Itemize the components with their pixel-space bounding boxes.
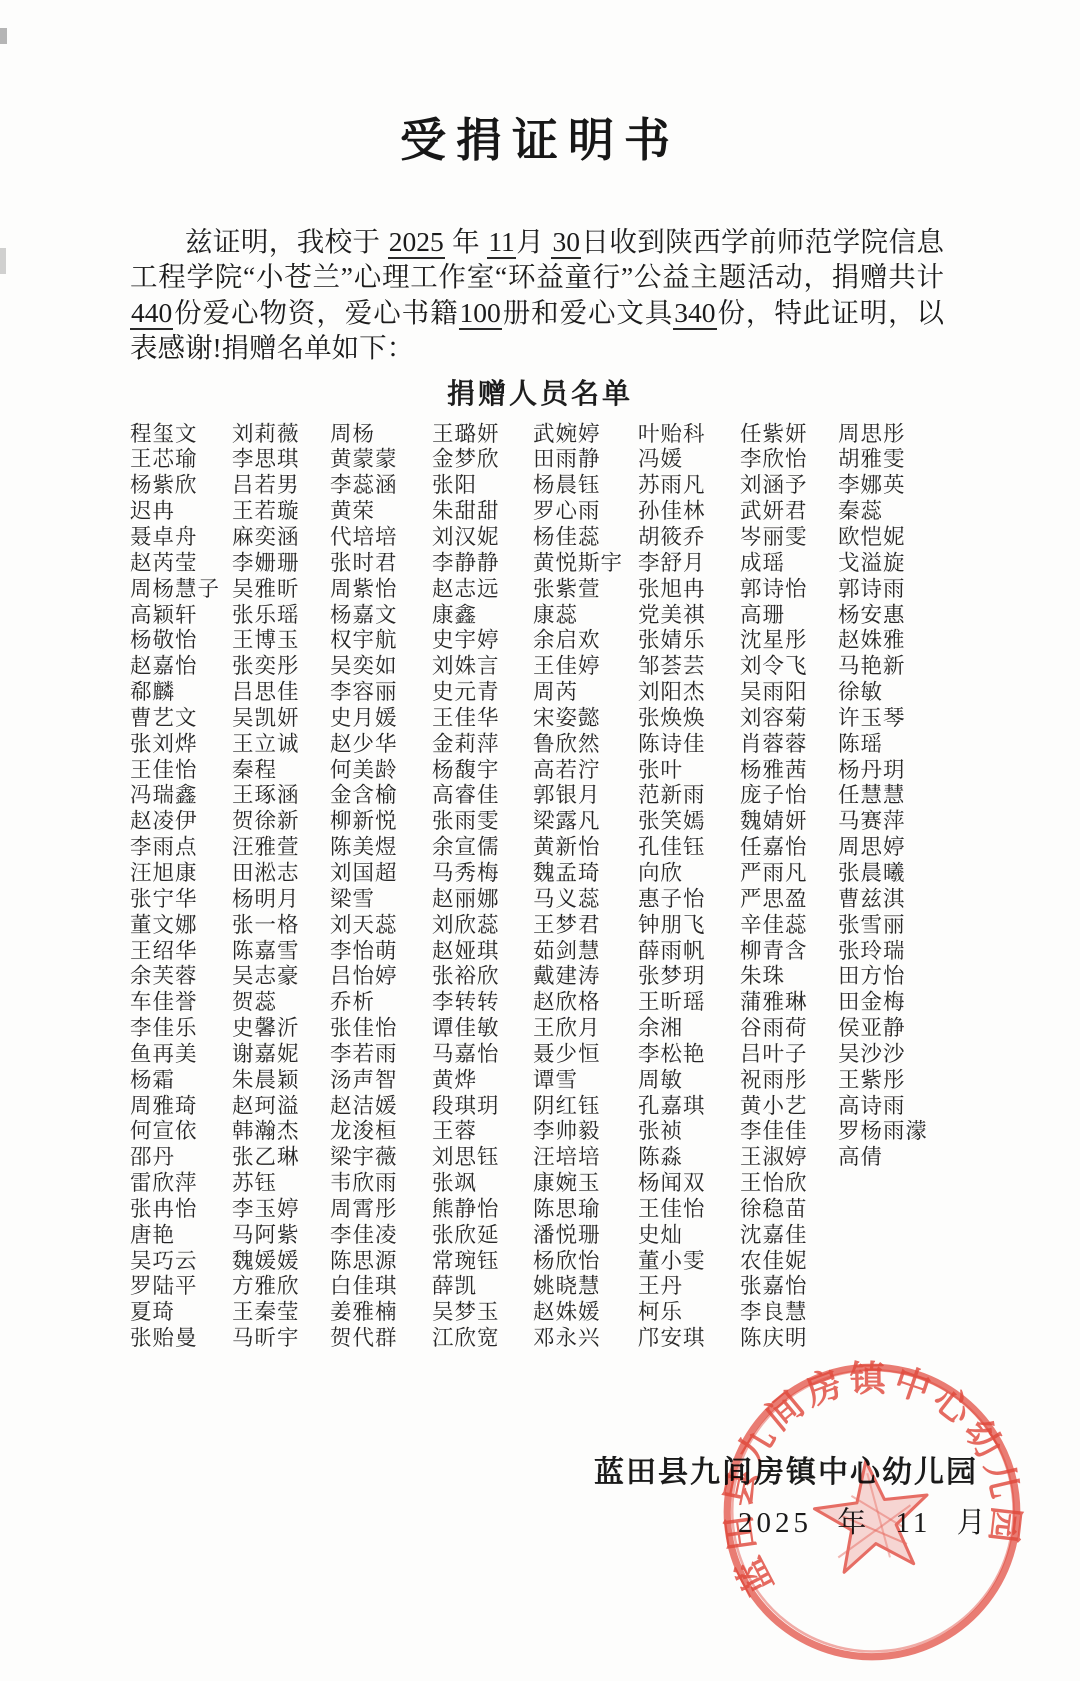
donor-name: 杨雅茜	[740, 758, 838, 784]
donor-name: 王璐妍	[432, 422, 533, 448]
donor-name: 张晨曦	[838, 861, 960, 887]
donor-name: 金莉萍	[432, 732, 533, 758]
donor-name: 黄悦斯宇	[533, 551, 638, 577]
donor-name: 贺代群	[330, 1326, 432, 1352]
donor-name: 史月媛	[330, 706, 432, 732]
donor-name: 张阳	[432, 473, 533, 499]
donor-name: 杨佳蕊	[533, 525, 638, 551]
donor-name: 赵姝媛	[533, 1300, 638, 1326]
donor-name: 梁雪	[330, 887, 432, 913]
donor-name: 惠子怡	[638, 887, 740, 913]
donor-name: 杨嘉文	[330, 603, 432, 629]
donor-name: 车佳誉	[130, 990, 232, 1016]
donor-name: 曹兹淇	[838, 887, 960, 913]
donor-name: 王欣月	[533, 1016, 638, 1042]
donor-name: 白佳琪	[330, 1274, 432, 1300]
donor-name: 贺徐新	[232, 809, 330, 835]
donor-name: 赵丽娜	[432, 887, 533, 913]
donor-name: 罗陆平	[130, 1274, 232, 1300]
donor-name: 任慧慧	[838, 783, 960, 809]
donor-name: 郭诗雨	[838, 577, 960, 603]
donor-name: 何美龄	[330, 758, 432, 784]
donor-name: 史馨沂	[232, 1016, 330, 1042]
official-red-stamp: 蓝田县九间房镇中心幼儿园	[700, 1340, 1043, 1681]
donor-name: 王博玉	[232, 628, 330, 654]
donor-name: 罗杨雨濛	[838, 1119, 960, 1145]
donor-name: 胡筱乔	[638, 525, 740, 551]
donor-name: 王芯瑜	[130, 447, 232, 473]
scan-smudge	[0, 248, 6, 274]
donor-name: 朱珠	[740, 964, 838, 990]
donor-name	[838, 1274, 960, 1300]
donor-name: 陈瑶	[838, 732, 960, 758]
donor-name: 向欣	[638, 861, 740, 887]
donor-name: 吴雨阳	[740, 680, 838, 706]
donor-name: 王绍华	[130, 939, 232, 965]
donor-name: 吕若男	[232, 473, 330, 499]
donor-name: 武妍君	[740, 499, 838, 525]
donor-name: 冯媛	[638, 447, 740, 473]
donor-name: 聂卓舟	[130, 525, 232, 551]
donor-name	[838, 1223, 960, 1249]
donor-name: 王佳怡	[638, 1197, 740, 1223]
donor-name: 吴雅昕	[232, 577, 330, 603]
paragraph-text: 册和爱心文具	[502, 297, 674, 328]
donor-name: 余湘	[638, 1016, 740, 1042]
donor-name: 薛雨帆	[638, 939, 740, 965]
donor-name: 郭诗怡	[740, 577, 838, 603]
donor-name: 柳新悦	[330, 809, 432, 835]
donor-name: 李静静	[432, 551, 533, 577]
donor-name: 姜雅楠	[330, 1300, 432, 1326]
paragraph-text: 份爱心物资，爱心书籍	[173, 297, 458, 328]
donor-name: 叶贻科	[638, 422, 740, 448]
donor-name: 周雅琦	[130, 1094, 232, 1120]
donor-name: 茹剑慧	[533, 939, 638, 965]
donor-name: 沈嘉佳	[740, 1223, 838, 1249]
donor-name: 成瑶	[740, 551, 838, 577]
donor-name: 权宇航	[330, 628, 432, 654]
donor-name: 周杨	[330, 422, 432, 448]
donor-name: 刘国超	[330, 861, 432, 887]
donor-name: 鱼再美	[130, 1042, 232, 1068]
donor-name: 张嘉怡	[740, 1274, 838, 1300]
donor-name: 鲁欣然	[533, 732, 638, 758]
donor-name: 郗麟	[130, 680, 232, 706]
donor-name	[838, 1171, 960, 1197]
scan-smudge	[0, 28, 7, 44]
donor-name: 徐敏	[838, 680, 960, 706]
donor-name: 李思琪	[232, 447, 330, 473]
donor-name: 孙佳林	[638, 499, 740, 525]
donor-name: 赵少华	[330, 732, 432, 758]
donor-name: 赵洁媛	[330, 1094, 432, 1120]
donor-name: 许玉琴	[838, 706, 960, 732]
donor-name: 刘汉妮	[432, 525, 533, 551]
donor-name: 熊静怡	[432, 1197, 533, 1223]
donor-name: 高倩	[838, 1145, 960, 1171]
donor-name: 李帅毅	[533, 1119, 638, 1145]
donor-name: 李姗珊	[232, 551, 330, 577]
donor-name: 刘思钰	[432, 1145, 533, 1171]
donor-name: 刘阳杰	[638, 680, 740, 706]
donor-name: 陈思源	[330, 1249, 432, 1275]
underlined-figure: 340	[673, 297, 716, 330]
donor-name: 李舒月	[638, 551, 740, 577]
donor-name: 杨安惠	[838, 603, 960, 629]
donor-name: 谭佳敏	[432, 1016, 533, 1042]
donor-name: 康鑫	[432, 603, 533, 629]
donor-name: 夏琦	[130, 1300, 232, 1326]
donor-name: 欧恺妮	[838, 525, 960, 551]
donor-name: 陈淼	[638, 1145, 740, 1171]
donor-name: 辛佳蕊	[740, 913, 838, 939]
donor-name: 梁宇薇	[330, 1145, 432, 1171]
underlined-figure: 440	[130, 297, 173, 330]
donor-name: 吕怡婷	[330, 964, 432, 990]
donor-name: 薛凯	[432, 1274, 533, 1300]
underlined-figure: 2025	[388, 226, 445, 259]
donor-name: 高睿佳	[432, 783, 533, 809]
donor-name: 王佳华	[432, 706, 533, 732]
donor-name: 田金梅	[838, 990, 960, 1016]
donor-name: 黄蒙蒙	[330, 447, 432, 473]
donor-name: 张刘烨	[130, 732, 232, 758]
donor-name: 陈诗佳	[638, 732, 740, 758]
donor-name: 聂少恒	[533, 1042, 638, 1068]
donor-name: 曹艺文	[130, 706, 232, 732]
donor-name: 代培培	[330, 525, 432, 551]
donor-name: 汤声智	[330, 1068, 432, 1094]
donor-name: 王丹	[638, 1274, 740, 1300]
donor-name: 陈美煜	[330, 835, 432, 861]
donor-name: 潘悦珊	[533, 1223, 638, 1249]
donor-name: 张祯	[638, 1119, 740, 1145]
donor-name: 钟朋飞	[638, 913, 740, 939]
donor-name: 刘欣蕊	[432, 913, 533, 939]
donor-list-title: 捐赠人员名单	[0, 372, 1080, 412]
paragraph-text: 月	[516, 226, 552, 257]
donor-name: 赵欣格	[533, 990, 638, 1016]
donor-name: 史宇婷	[432, 628, 533, 654]
donor-name	[838, 1197, 960, 1223]
donor-name: 吕思佳	[232, 680, 330, 706]
donor-name: 江欣宽	[432, 1326, 533, 1352]
donor-name: 王佳婷	[533, 654, 638, 680]
donor-name: 张奕彤	[232, 654, 330, 680]
donor-name: 田雨静	[533, 447, 638, 473]
donor-name-grid: 程玺文刘莉薇周杨王璐妍武婉婷叶贻科任紫妍周思彤王芯瑜李思琪黄蒙蒙金梦欣田雨静冯媛…	[130, 422, 1080, 1352]
donor-name: 乔析	[330, 990, 432, 1016]
donor-name: 庞子怡	[740, 783, 838, 809]
donor-name	[838, 1249, 960, 1275]
donor-name: 韦欣雨	[330, 1171, 432, 1197]
donor-name: 戈溢旋	[838, 551, 960, 577]
donor-name: 秦蕊	[838, 499, 960, 525]
donor-name: 杨敬怡	[130, 628, 232, 654]
donor-name: 高若泞	[533, 758, 638, 784]
donor-name: 李若雨	[330, 1042, 432, 1068]
donor-name: 王琢涵	[232, 783, 330, 809]
donor-name: 马秀梅	[432, 861, 533, 887]
donor-name: 冯瑞鑫	[130, 783, 232, 809]
donation-certificate-page: 受捐证明书 兹证明，我校于 2025 年 11月 30日收到陕西学前师范学院信息…	[0, 0, 1080, 1681]
donor-name: 王淑婷	[740, 1145, 838, 1171]
donor-name: 李娜英	[838, 473, 960, 499]
donor-name: 胡雅雯	[838, 447, 960, 473]
donor-name: 李佳凌	[330, 1223, 432, 1249]
donor-name: 张乙琳	[232, 1145, 330, 1171]
donor-name: 黄小艺	[740, 1094, 838, 1120]
donor-name: 农佳妮	[740, 1249, 838, 1275]
donor-name: 杨紫欣	[130, 473, 232, 499]
donor-name: 杨闻双	[638, 1171, 740, 1197]
donor-name: 张贻曼	[130, 1326, 232, 1352]
donor-name: 蒲雅琳	[740, 990, 838, 1016]
donor-name: 韩瀚杰	[232, 1119, 330, 1145]
donor-name: 张婧乐	[638, 628, 740, 654]
donor-name: 周思彤	[838, 422, 960, 448]
donor-name: 陈思瑜	[533, 1197, 638, 1223]
donor-name: 李转转	[432, 990, 533, 1016]
star-icon	[809, 1454, 935, 1575]
donor-name: 徐稳苗	[740, 1197, 838, 1223]
donor-name: 王紫彤	[838, 1068, 960, 1094]
page-title: 受捐证明书	[0, 0, 1080, 170]
donor-name: 李容丽	[330, 680, 432, 706]
donor-name: 马昕宇	[232, 1326, 330, 1352]
donor-name: 康蕊	[533, 603, 638, 629]
donor-name: 李松艳	[638, 1042, 740, 1068]
donor-name: 田淞志	[232, 861, 330, 887]
donor-name: 严思盈	[740, 887, 838, 913]
donor-name: 张飒	[432, 1171, 533, 1197]
donor-name: 雷欣萍	[130, 1171, 232, 1197]
donor-name: 何宣依	[130, 1119, 232, 1145]
donor-name	[838, 1300, 960, 1326]
donor-name: 邓永兴	[533, 1326, 638, 1352]
donor-name: 李佳佳	[740, 1119, 838, 1145]
donor-name: 李玉婷	[232, 1197, 330, 1223]
donor-name: 李怡萌	[330, 939, 432, 965]
donor-name: 方雅欣	[232, 1274, 330, 1300]
donor-name: 柳青含	[740, 939, 838, 965]
donor-name: 吴沙沙	[838, 1042, 960, 1068]
donor-name: 严雨凡	[740, 861, 838, 887]
donor-name: 魏孟琦	[533, 861, 638, 887]
donor-name: 史元青	[432, 680, 533, 706]
certificate-paragraph: 兹证明，我校于 2025 年 11月 30日收到陕西学前师范学院信息工程学院“小…	[130, 224, 944, 366]
donor-name: 邵丹	[130, 1145, 232, 1171]
donor-name: 郭银月	[533, 783, 638, 809]
donor-name: 张雪丽	[838, 913, 960, 939]
donor-name: 赵凌伊	[130, 809, 232, 835]
donor-name: 侯亚静	[838, 1016, 960, 1042]
donor-name: 汪旭康	[130, 861, 232, 887]
donor-name: 刘姝言	[432, 654, 533, 680]
donor-name: 赵珂溢	[232, 1094, 330, 1120]
donor-name: 罗心雨	[533, 499, 638, 525]
donor-name: 王佳怡	[130, 758, 232, 784]
donor-name: 杨晨钰	[533, 473, 638, 499]
donor-name: 张笑嫣	[638, 809, 740, 835]
donor-name: 祝雨彤	[740, 1068, 838, 1094]
donor-name: 李蕊涵	[330, 473, 432, 499]
donor-name: 赵姝雅	[838, 628, 960, 654]
donor-name: 杨丹玥	[838, 758, 960, 784]
donor-name: 戴建涛	[533, 964, 638, 990]
paragraph-text: 年	[445, 226, 488, 257]
donor-name: 宋姿懿	[533, 706, 638, 732]
donor-name: 张欣延	[432, 1223, 533, 1249]
donor-name: 王怡欣	[740, 1171, 838, 1197]
donor-name: 黄烨	[432, 1068, 533, 1094]
donor-name: 肖蓉蓉	[740, 732, 838, 758]
donor-name: 邹荟芸	[638, 654, 740, 680]
donor-name: 张时君	[330, 551, 432, 577]
donor-name: 马艳新	[838, 654, 960, 680]
donor-name: 周紫怡	[330, 577, 432, 603]
donor-name: 董文娜	[130, 913, 232, 939]
donor-name: 王秦莹	[232, 1300, 330, 1326]
donor-name: 张焕焕	[638, 706, 740, 732]
donor-name: 王立诚	[232, 732, 330, 758]
donor-name: 贺蕊	[232, 990, 330, 1016]
donor-name: 田方怡	[838, 964, 960, 990]
donor-name: 刘天蕊	[330, 913, 432, 939]
donor-name: 刘令飞	[740, 654, 838, 680]
donor-name: 张裕欣	[432, 964, 533, 990]
donor-name: 王梦君	[533, 913, 638, 939]
donor-name: 孔嘉琪	[638, 1094, 740, 1120]
donor-name: 汪雅萱	[232, 835, 330, 861]
donor-name: 杨馥宇	[432, 758, 533, 784]
donor-name: 刘涵予	[740, 473, 838, 499]
donor-name: 谷雨荷	[740, 1016, 838, 1042]
donor-name: 张玲瑞	[838, 939, 960, 965]
donor-name: 张乐瑶	[232, 603, 330, 629]
donor-name: 杨霜	[130, 1068, 232, 1094]
donor-name: 董小雯	[638, 1249, 740, 1275]
donor-name: 朱甜甜	[432, 499, 533, 525]
donor-name: 吴梦玉	[432, 1300, 533, 1326]
donor-name: 秦程	[232, 758, 330, 784]
donor-name: 魏婧妍	[740, 809, 838, 835]
donor-name: 王昕瑶	[638, 990, 740, 1016]
donor-name: 康婉玉	[533, 1171, 638, 1197]
donor-name: 金含榆	[330, 783, 432, 809]
donor-name: 周敏	[638, 1068, 740, 1094]
donor-name: 张佳怡	[330, 1016, 432, 1042]
donor-name: 李雨点	[130, 835, 232, 861]
donor-name: 周霄彤	[330, 1197, 432, 1223]
donor-name: 范新雨	[638, 783, 740, 809]
donor-name: 高颖轩	[130, 603, 232, 629]
underlined-figure: 100	[459, 297, 502, 330]
donor-name: 吴志豪	[232, 964, 330, 990]
donor-name: 金梦欣	[432, 447, 533, 473]
donor-name: 张叶	[638, 758, 740, 784]
donor-name: 杨明月	[232, 887, 330, 913]
donor-name: 杨欣怡	[533, 1249, 638, 1275]
donor-name: 王蓉	[432, 1119, 533, 1145]
donor-name: 苏钰	[232, 1171, 330, 1197]
donor-name: 谢嘉妮	[232, 1042, 330, 1068]
donor-name: 梁露凡	[533, 809, 638, 835]
donor-name: 张一格	[232, 913, 330, 939]
donor-name: 岑丽雯	[740, 525, 838, 551]
donor-name: 沈星彤	[740, 628, 838, 654]
donor-name: 赵娅琪	[432, 939, 533, 965]
donor-name: 赵嘉怡	[130, 654, 232, 680]
donor-name: 柯乐	[638, 1300, 740, 1326]
donor-name: 刘莉薇	[232, 422, 330, 448]
donor-name: 马义蕊	[533, 887, 638, 913]
donor-name: 段琪玥	[432, 1094, 533, 1120]
donor-name: 高珊	[740, 603, 838, 629]
donor-name: 王若璇	[232, 499, 330, 525]
donor-name: 马赛萍	[838, 809, 960, 835]
donor-name: 孔佳钰	[638, 835, 740, 861]
donor-name: 吴凯妍	[232, 706, 330, 732]
donor-name: 吴奕如	[330, 654, 432, 680]
donor-name: 陈庆明	[740, 1326, 838, 1352]
donor-name: 阴红钰	[533, 1094, 638, 1120]
donor-name: 张旭冉	[638, 577, 740, 603]
paragraph-text: 兹证明，我校于	[185, 226, 388, 257]
donor-name: 周思婷	[838, 835, 960, 861]
donor-name: 李良慧	[740, 1300, 838, 1326]
donor-name: 马阿紫	[232, 1223, 330, 1249]
donor-name: 周杨慧子	[130, 577, 232, 603]
donor-name: 黄荣	[330, 499, 432, 525]
donor-name: 苏雨凡	[638, 473, 740, 499]
donor-name: 邝安琪	[638, 1326, 740, 1352]
donor-name: 唐艳	[130, 1223, 232, 1249]
donor-name: 张雨雯	[432, 809, 533, 835]
donor-name: 任紫妍	[740, 422, 838, 448]
donor-name: 姚晓慧	[533, 1274, 638, 1300]
donor-name: 赵芮莹	[130, 551, 232, 577]
underlined-figure: 30	[551, 226, 581, 259]
donor-name: 高诗雨	[838, 1094, 960, 1120]
donor-name: 余启欢	[533, 628, 638, 654]
donor-name: 马嘉怡	[432, 1042, 533, 1068]
underlined-figure: 11	[487, 226, 515, 259]
donor-name: 余宣儒	[432, 835, 533, 861]
donor-name: 周芮	[533, 680, 638, 706]
donor-name: 任嘉怡	[740, 835, 838, 861]
donor-name: 吕叶子	[740, 1042, 838, 1068]
donor-name: 张冉怡	[130, 1197, 232, 1223]
donor-name: 龙浚桓	[330, 1119, 432, 1145]
donor-name: 麻奕涵	[232, 525, 330, 551]
donor-name: 陈嘉雪	[232, 939, 330, 965]
donor-name: 程玺文	[130, 422, 232, 448]
donor-name: 常琬钰	[432, 1249, 533, 1275]
donor-name: 武婉婷	[533, 422, 638, 448]
donor-name: 赵志远	[432, 577, 533, 603]
donor-name: 张紫萱	[533, 577, 638, 603]
donor-name: 魏媛媛	[232, 1249, 330, 1275]
donor-name: 吴巧云	[130, 1249, 232, 1275]
donor-name: 史灿	[638, 1223, 740, 1249]
donor-name: 黄新怡	[533, 835, 638, 861]
donor-name: 刘容菊	[740, 706, 838, 732]
donor-name: 党美祺	[638, 603, 740, 629]
donor-name: 李欣怡	[740, 447, 838, 473]
donor-name: 余芙蓉	[130, 964, 232, 990]
